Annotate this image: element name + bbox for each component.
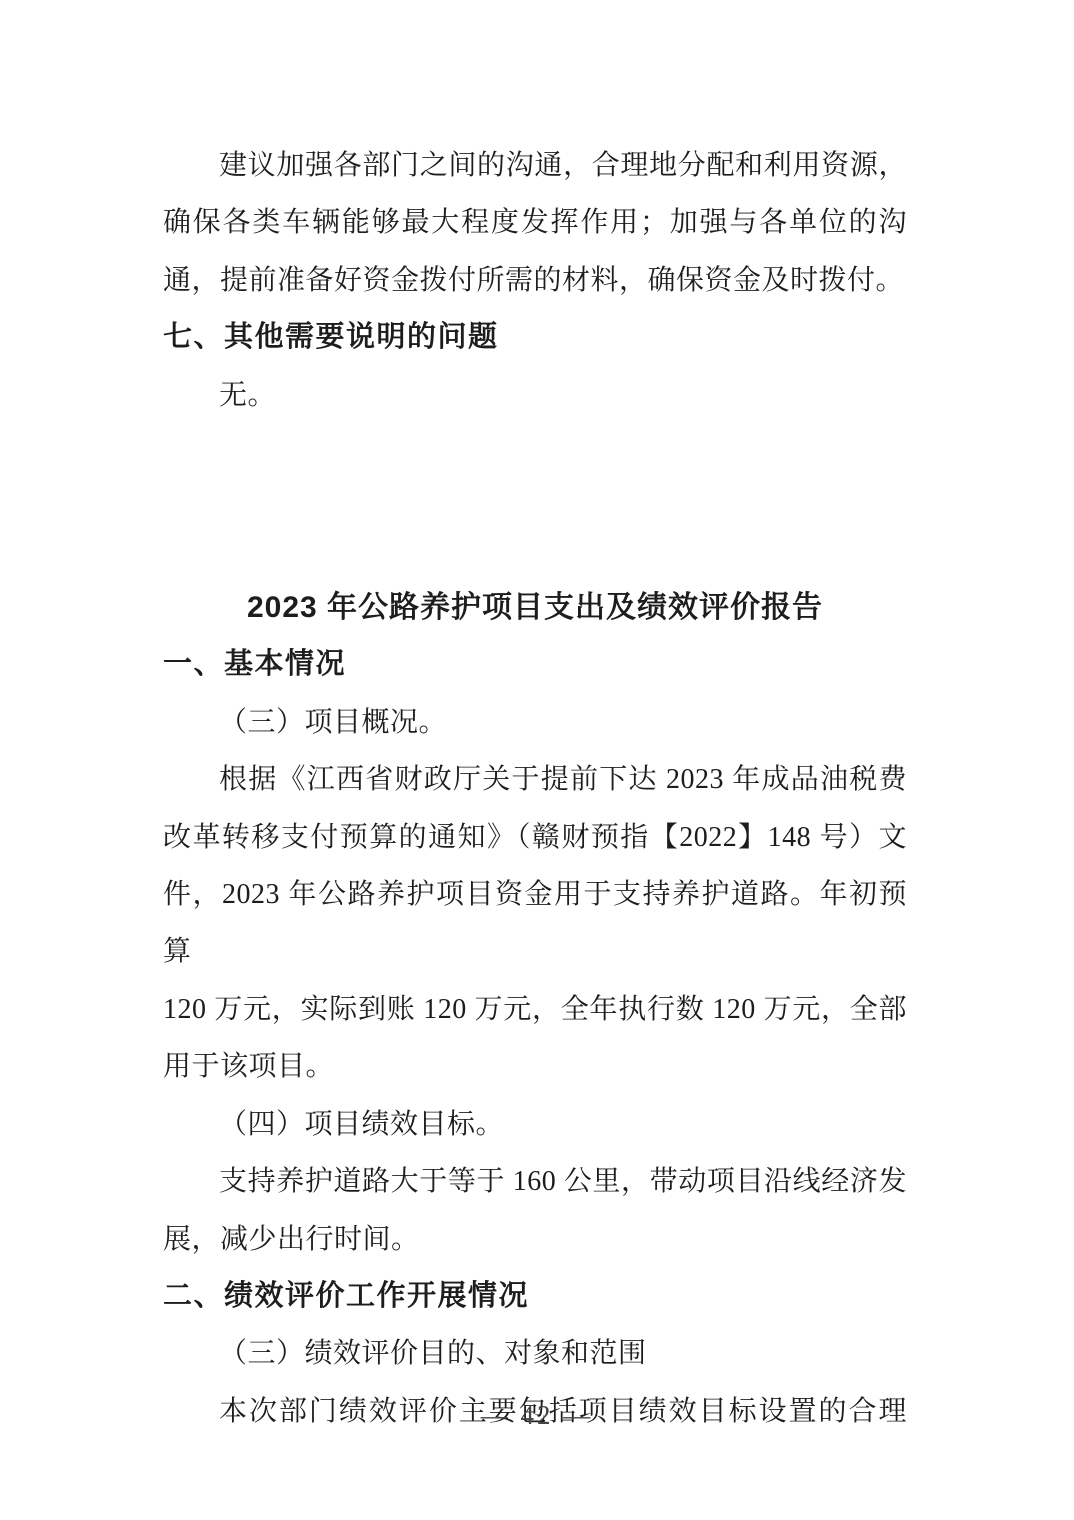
text-line: 通，提前准备好资金拨付所需的材料，确保资金及时拨付。 (163, 252, 907, 309)
text-line: 件，2023 年公路养护项目资金用于支持养护道路。年初预算 (163, 866, 907, 981)
text-line: 建议加强各部门之间的沟通，合理地分配和利用资源， (163, 137, 907, 194)
section-heading-2: 二、绩效评价工作开展情况 (163, 1268, 907, 1325)
page-number: — 42 — (0, 1400, 1074, 1431)
text-line: 支持养护道路大于等于 160 公里，带动项目沿线经济发 (163, 1153, 907, 1210)
text-line: 根据《江西省财政厅关于提前下达 2023 年成品油税费 (163, 751, 907, 808)
text-line: 用于该项目。 (163, 1038, 907, 1095)
document-page: 建议加强各部门之间的沟通，合理地分配和利用资源， 确保各类车辆能够最大程度发挥作… (0, 0, 1074, 1520)
text-line: 改革转移支付预算的通知》（赣财预指【2022】148 号）文 (163, 809, 907, 866)
sub-heading-goals: （四）项目绩效目标。 (163, 1096, 907, 1153)
text-line: 120 万元，实际到账 120 万元，全年执行数 120 万元，全部 (163, 981, 907, 1038)
text-line: 无。 (163, 367, 907, 424)
text-line: 确保各类车辆能够最大程度发挥作用；加强与各单位的沟 (163, 194, 907, 251)
blank-gap (163, 424, 907, 579)
sub-heading-scope: （三）绩效评价目的、对象和范围 (163, 1325, 907, 1382)
section-heading-7: 七、其他需要说明的问题 (163, 309, 907, 366)
section-heading-1: 一、基本情况 (163, 636, 907, 693)
sub-heading-overview: （三）项目概况。 (163, 694, 907, 751)
text-line: 展，减少出行时间。 (163, 1211, 907, 1268)
page-content: 建议加强各部门之间的沟通，合理地分配和利用资源， 确保各类车辆能够最大程度发挥作… (163, 137, 907, 1440)
report-title: 2023 年公路养护项目支出及绩效评价报告 (163, 579, 907, 636)
